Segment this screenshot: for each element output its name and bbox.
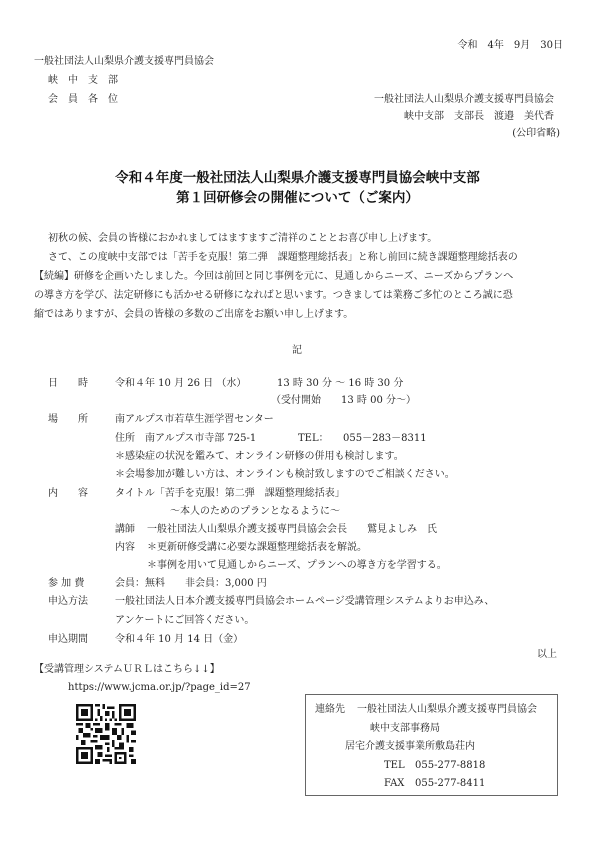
place-tel: 055－283－8311	[343, 434, 427, 444]
content-title: タイトル「苦手を克服！第二弾 課題整理総括表」	[115, 489, 345, 499]
ijo-closing: 以上	[537, 650, 557, 660]
fee-value: 会員：無料 非会員：3,000 円	[115, 579, 267, 589]
place-name: 南アルプス市若草生涯学習センター	[115, 415, 274, 425]
content-label: 内 容	[48, 489, 88, 499]
lecturer-value: 一般社団法人山梨県介護支援専門員協会会長 鷲見よしみ 氏	[147, 525, 437, 535]
sender-org: 一般社団法人山梨県介護支援専門員協会	[374, 95, 554, 105]
sender-name: 峡中支部 支部長 渡邉 美代香	[404, 112, 554, 122]
body-line-1: 初秋の候、会員の皆様におかれましてはますますご清祥のこととお喜び申し上げます。	[48, 234, 437, 244]
registration-url-link[interactable]: https://www.jcma.or.jp/?page_id=27	[68, 683, 251, 693]
contact-place: 居宅介護支援事業所敷島荘内	[345, 742, 475, 752]
place-tel-label: TEL：	[298, 434, 329, 444]
qr-code-icon[interactable]	[76, 703, 136, 765]
page-title-line2: 第１回研修会の開催について（ご案内）	[0, 192, 595, 206]
url-heading: 【受講管理システムＵＲＬはこちら↓↓】	[34, 665, 220, 675]
contact-tel-label: TEL	[384, 761, 405, 771]
recipient-org: 一般社団法人山梨県介護支援専門員協会	[34, 57, 214, 67]
place-note-1: ＊感染症の状況を鑑みて、オンライン研修の併用も検討します。	[115, 452, 404, 462]
recipient-members: 会 員 各 位	[48, 95, 118, 105]
page-title-line1: 令和４年度一般社団法人山梨県介護支援専門員協会峡中支部	[0, 172, 595, 186]
contact-tel: 055-277-8818	[415, 761, 485, 771]
place-address: 住所 南アルプス市寺部 725-1	[115, 434, 256, 444]
seal-note: (公印省略)	[512, 129, 560, 139]
contact-label: 連絡先	[315, 705, 345, 715]
apply-method-line-1: 一般社団法人日本介護支援専門員協会ホームページ受講管理システムよりお申込み、	[115, 597, 494, 607]
contact-office: 峡中支部事務局	[370, 724, 440, 734]
contact-fax: 055-277-8411	[415, 779, 485, 789]
content-item-1: ＊更新研修受講に必要な課題整理総括表を解説。	[147, 543, 367, 553]
apply-method-line-2: アンケートにご回答ください。	[115, 616, 254, 626]
apply-period-value: 令和４年 10 月 14 日（金）	[115, 635, 243, 645]
body-line-3: 【続編】研修を企画いたしました。今回は前回と同じ事例を元に、見通しからニーズ、ニ…	[34, 272, 513, 282]
content-subtitle: ～本人のためのプランとなるように～	[170, 507, 340, 517]
contact-box: 連絡先 一般社団法人山梨県介護支援専門員協会 峡中支部事務局 居宅介護支援事業所…	[305, 694, 558, 796]
contact-fax-label: FAX	[384, 779, 404, 789]
content-sub-label: 内容	[115, 543, 135, 553]
body-line-2: さて、この度峡中支部では「苦手を克服！第二弾 課題整理総括表」と称し前回に続き課…	[48, 253, 518, 263]
datetime-time: 13 時 30 分 ～ 16 時 30 分	[277, 379, 403, 389]
fee-label: 参 加 費	[48, 579, 84, 589]
contact-org: 一般社団法人山梨県介護支援専門員協会	[357, 705, 537, 715]
lecturer-label: 講師	[115, 525, 135, 535]
body-line-5: 縮ではありますが、会員の皆様の多数のご出席をお願い申し上げます。	[34, 310, 353, 320]
recipient-branch: 峡 中 支 部	[48, 76, 118, 86]
body-line-4: の導き方を学び、法定研修にも活かせる研修になればと思います。つきましては業務ご多…	[34, 291, 513, 301]
issue-date: 令和 4年 9月 30日	[458, 41, 563, 51]
datetime-date: 令和４年 10 月 26 日 （水）	[115, 379, 246, 389]
datetime-reception: （受付開始 13 時 00 分～）	[271, 396, 416, 406]
apply-method-label: 申込方法	[48, 597, 88, 607]
place-note-2: ＊会場参加が難しい方は、オンラインも検討致しますのでご相談ください。	[115, 470, 455, 480]
content-item-2: ＊事例を用いて見通しからニーズ、プランへの導き方を学習する。	[147, 561, 447, 571]
datetime-label: 日 時	[48, 379, 88, 389]
ki-heading: 記	[292, 346, 302, 356]
place-label: 場 所	[48, 415, 88, 425]
apply-period-label: 申込期間	[48, 635, 88, 645]
